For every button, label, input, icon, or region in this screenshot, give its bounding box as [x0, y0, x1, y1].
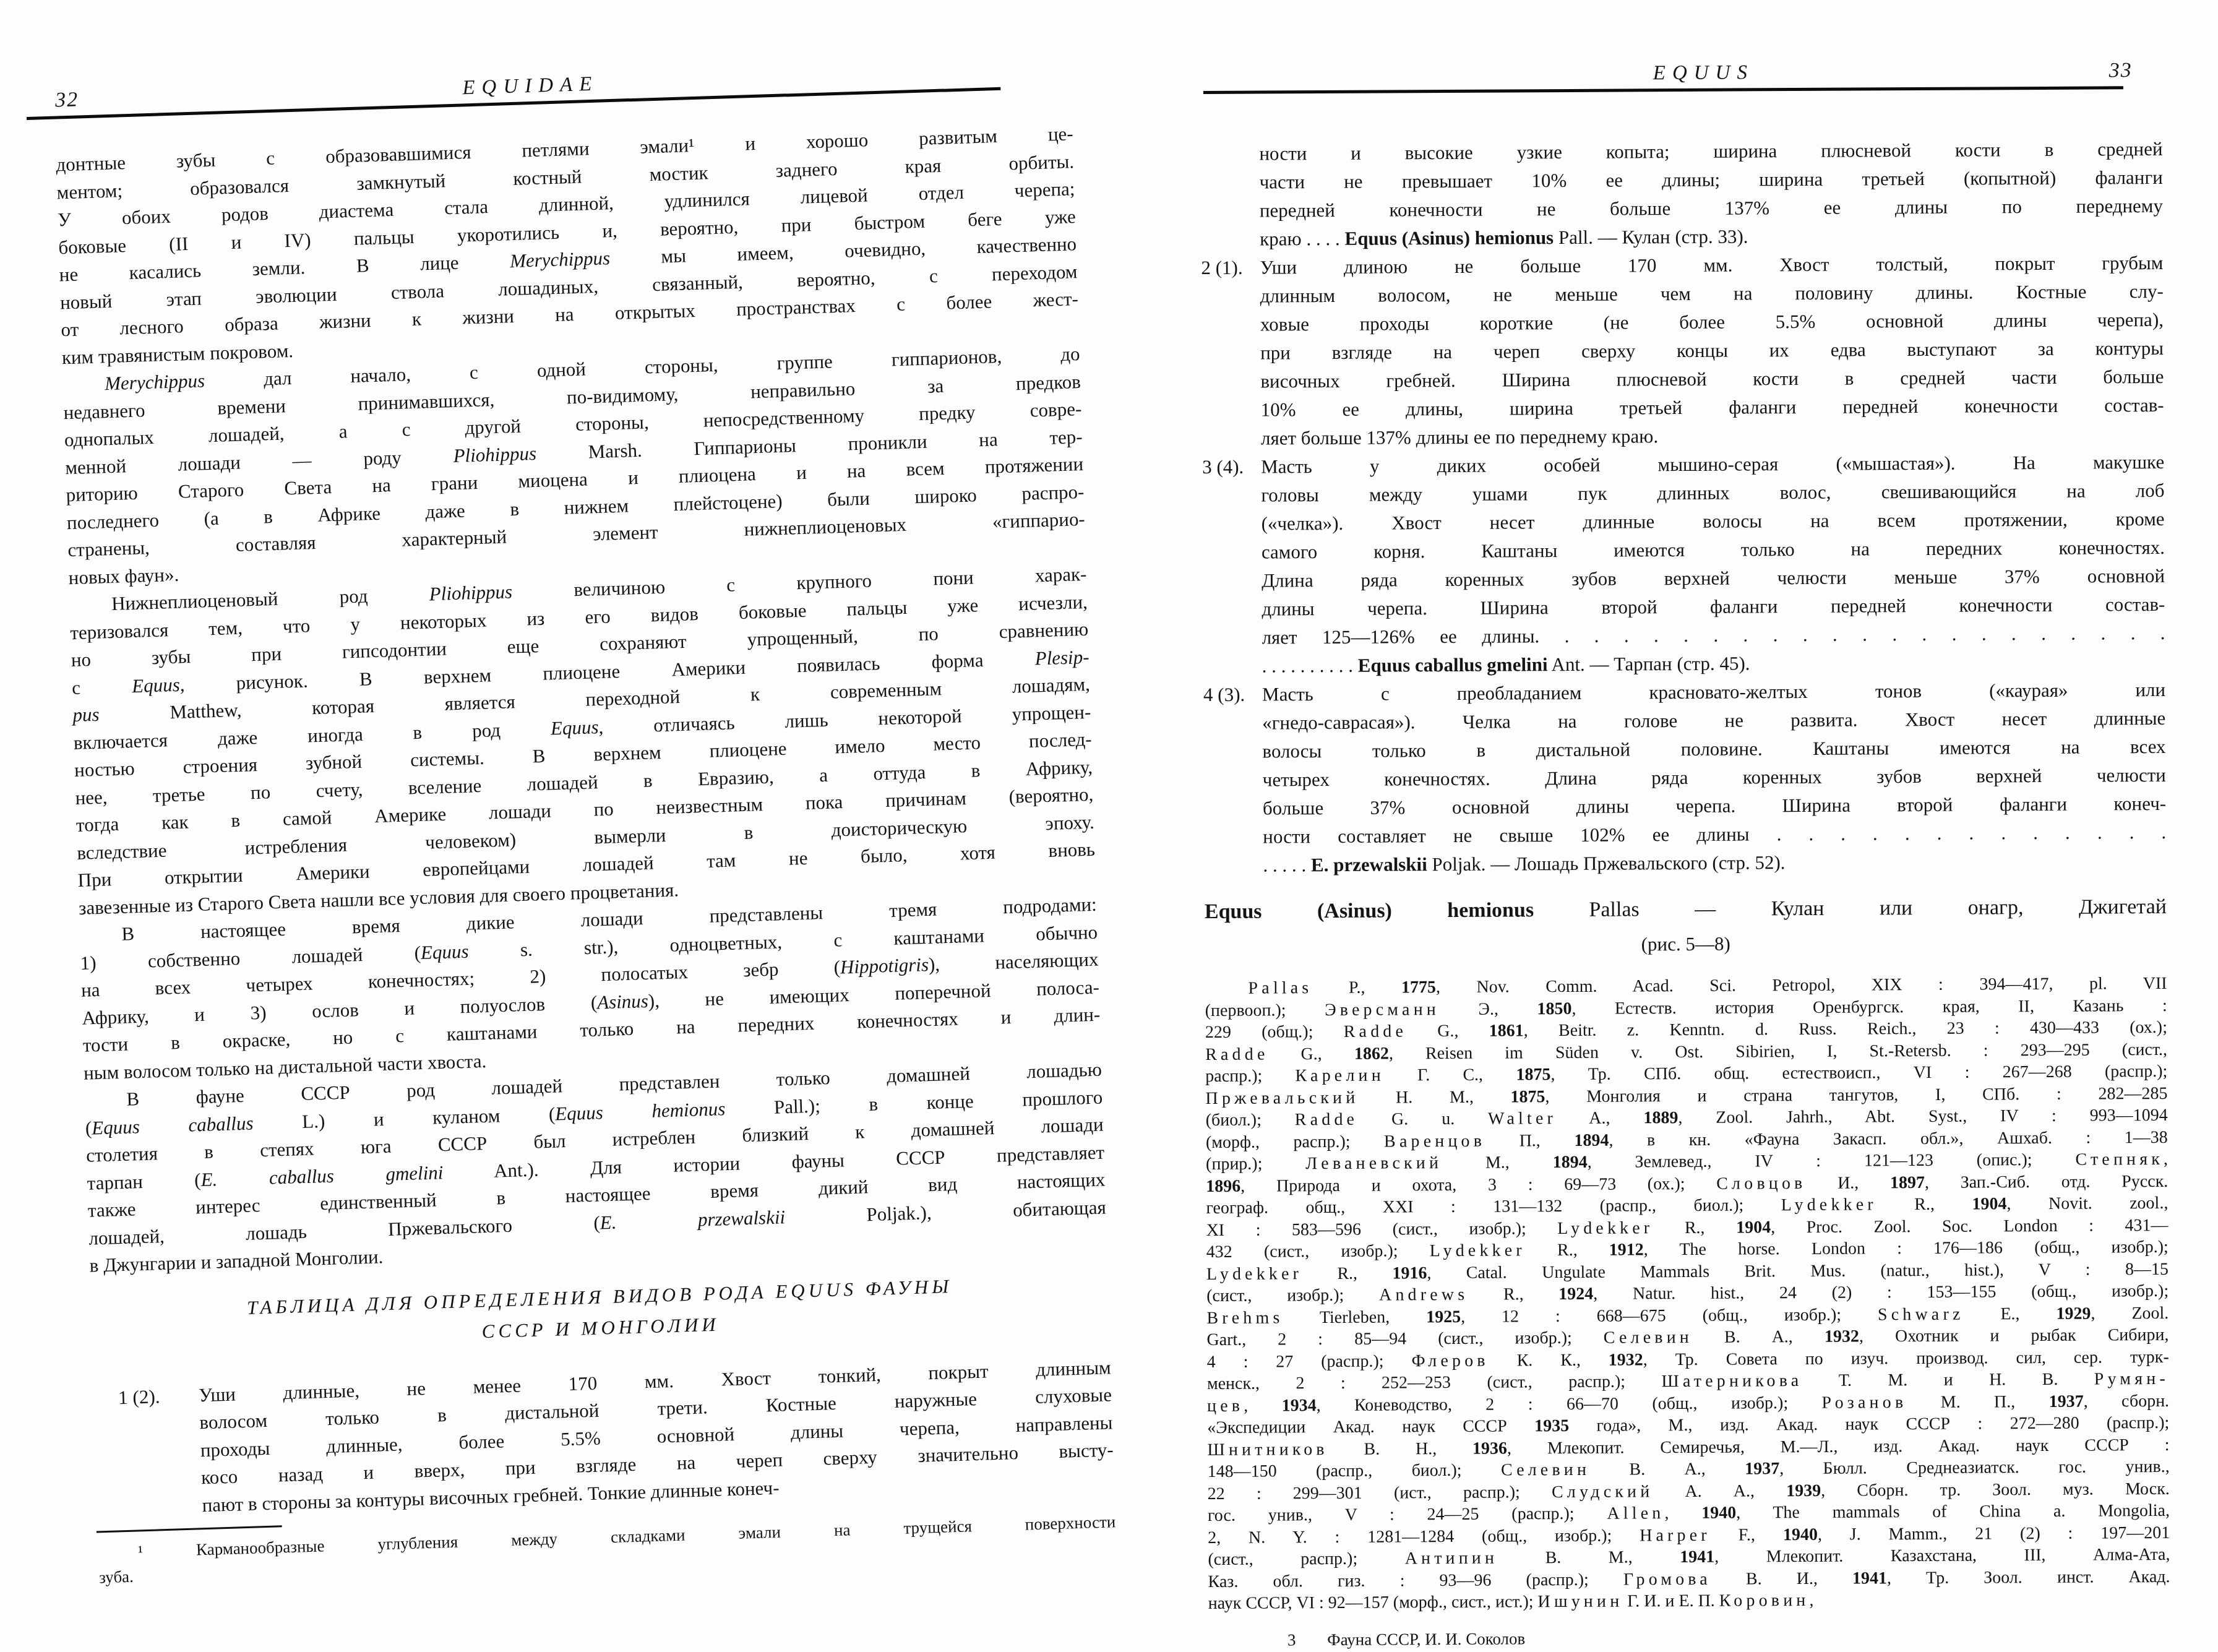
page-number-right: 33: [2109, 59, 2133, 82]
key-item-text: Масть у диких особей мышино-серая («мыша…: [1261, 448, 2165, 681]
page-33: EQUUS 33 ности и высокие узкие копыта; ш…: [1200, 41, 2171, 1652]
text-line: ляет больше 137% длины ее по переднему к…: [1261, 419, 2164, 453]
text-line: Масть у диких особей мышино-серая («мыша…: [1261, 448, 2164, 481]
footnote-rule: [97, 1525, 282, 1533]
text-line: Масть с преобладанием красновато-желтых …: [1262, 676, 2165, 709]
key-item-2: 2 (1). Уши длиною не больше 170 мм. Хвос…: [1260, 249, 2164, 453]
bibliography: Pallas P., 1775, Nov. Comm. Acad. Sci. P…: [1205, 973, 2170, 1615]
text-line: при взгляде на череп сверху концы их едв…: [1260, 334, 2164, 368]
text-line: «гнедо-саврасая»). Челка на голове не ра…: [1262, 704, 2165, 738]
key-item-text: Уши длинные, не менее 170 мм. Хвост тонк…: [199, 1354, 1115, 1519]
text-line: . . . . . E. przewalskii Poljak. — Лошад…: [1263, 846, 2166, 880]
text-line: («челка»). Хвост несет длинные волосы на…: [1261, 505, 2164, 538]
text-line: ховые проходы короткие (не более 5.5% ос…: [1260, 306, 2164, 339]
key-item-text: Масть с преобладанием красновато-желтых …: [1262, 676, 2167, 880]
text-line: наук СССР, VI : 92—157 (морф., сист., ис…: [1208, 1588, 2170, 1615]
text-line: Equus (Asinus) hemionus Pallas — Кулан и…: [1205, 892, 2167, 927]
page-33-body: ности и высокие узкие копыта; ширина плю…: [1200, 135, 2170, 1652]
text-line: ности и высокие узкие копыта; ширина плю…: [1259, 135, 2162, 168]
text-line: передней конечности не больше 137% ее дл…: [1260, 192, 2163, 225]
paragraph: В настоящее время дикие лошади представл…: [79, 891, 1101, 1087]
running-head-title-right: EQUUS: [1223, 59, 2185, 87]
key-item-1: 1 (2). Уши длинные, не менее 170 мм. Хво…: [199, 1354, 1115, 1519]
text-line: Уши длиною не больше 170 мм. Хвост толст…: [1260, 249, 2163, 282]
text-line: (рис. 5—8): [1205, 927, 2167, 962]
key-item-3: 3 (4). Масть у диких особей мышино-серая…: [1261, 448, 2165, 681]
identification-key-title: ТАБЛИЦА ДЛЯ ОПРЕДЕЛЕНИЯ ВИДОВ РОДА EQUUS…: [90, 1266, 1109, 1359]
text-line: . . . . . . . . . . Equus caballus gmeli…: [1262, 647, 2165, 681]
text-line: краю . . . . Equus (Asinus) hemionus Pal…: [1260, 220, 2163, 254]
page-32-body: донтные зубы с образовавшимися петлями э…: [56, 120, 1117, 1590]
text-line: длины черепа. Ширина второй фаланги пере…: [1262, 590, 2165, 624]
text-line: части не превышает 10% ее длины; ширина …: [1260, 163, 2163, 197]
paragraph: Нижнеплиоценовый род Pliohippus величино…: [69, 561, 1096, 922]
text-line: Длина ряда коренных зубов верхней челюст…: [1262, 562, 2165, 595]
book-spread: 32 EQUIDAE донтные зубы с образовавшимис…: [0, 0, 2218, 1652]
text-line: четырех конечностях. Длина ряда коренных…: [1263, 761, 2166, 794]
species-heading: Equus (Asinus) hemionus Pallas — Кулан и…: [1205, 892, 2167, 962]
text-line: длинным волосом, не меньше чем на полови…: [1260, 277, 2164, 311]
paragraph: Merychippus дал начало, с одной стороны,…: [62, 340, 1086, 592]
key-item-4: 4 (3). Масть с преобладанием красновато-…: [1262, 676, 2167, 880]
text-line: самого корня. Каштаны имеются только на …: [1262, 533, 2165, 567]
text-line: 10% ее длины, ширина третьей фаланги пер…: [1261, 391, 2164, 424]
signature-number: 3: [1287, 1625, 1296, 1652]
text-line: ляет 125—126% ее длины. . . . . . . . . …: [1262, 619, 2165, 652]
text-line: височных гребней. Ширина плюсневой кости…: [1260, 363, 2164, 396]
running-head-title-left: EQUIDAE: [22, 59, 1039, 113]
key-item-number: 3 (4).: [1202, 453, 1244, 481]
paragraph-continuation: донтные зубы с образовавшимися петлями э…: [56, 120, 1080, 371]
page-32: 32 EQUIDAE донтные зубы с образовавшимис…: [53, 28, 1117, 1590]
paragraph: В фауне СССР род лошадей представлен тол…: [84, 1056, 1107, 1280]
signature-text: Фауна СССР, И. И. Соколов: [1327, 1629, 1525, 1649]
footnote: ¹ Карманообразные углубления между склад…: [98, 1509, 1117, 1590]
key-item-text: Уши длиною не больше 170 мм. Хвост толст…: [1260, 249, 2164, 453]
key-item-number: 1 (2).: [118, 1383, 160, 1412]
text-line: головы между ушами пук длинных волос, св…: [1261, 476, 2164, 510]
text-line: волосы только в дистальной половине. Каш…: [1262, 733, 2165, 766]
key-item-number: 2 (1).: [1201, 254, 1242, 282]
text-line: ности составляет не свыше 102% ее длины …: [1263, 818, 2166, 851]
text-line: больше 37% основной длины черепа. Ширина…: [1263, 789, 2166, 823]
running-head-right: EQUUS 33: [1200, 41, 2162, 91]
key-item-number: 4 (3).: [1203, 681, 1245, 709]
printers-signature-line: 3 Фауна СССР, И. И. Соколов: [1287, 1620, 2170, 1652]
key-item-1-continuation: ности и высокие узкие копыта; ширина плю…: [1259, 135, 2163, 254]
